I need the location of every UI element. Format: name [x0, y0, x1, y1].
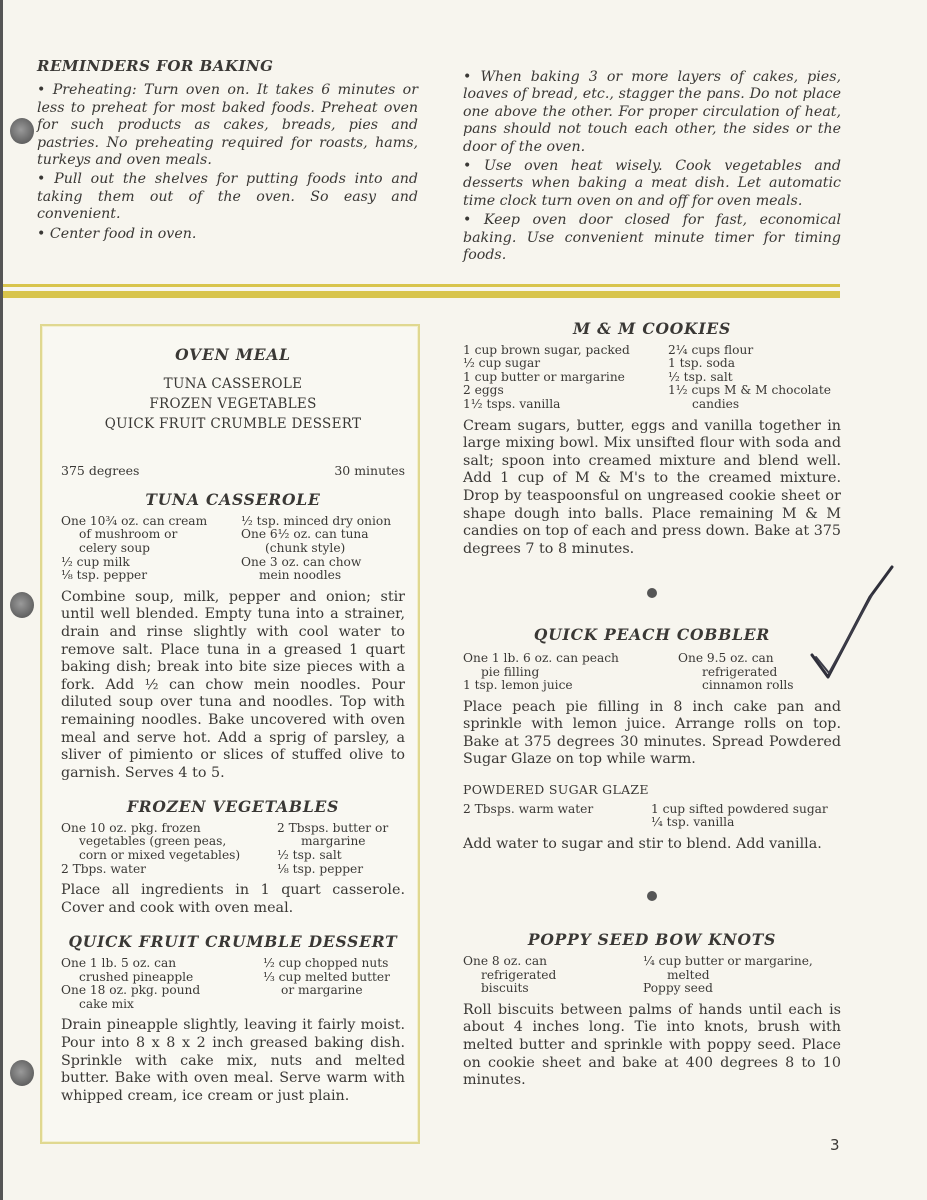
- menu-item: QUICK FRUIT CRUMBLE DESSERT: [61, 414, 405, 434]
- ingredient: Poppy seed: [643, 982, 841, 996]
- ingredient: 2 Tbsps. warm water: [463, 803, 651, 817]
- ingredient: margarine: [277, 835, 405, 849]
- recipe-title: M & M COOKIES: [463, 320, 841, 338]
- ingredient: ¼ cup butter or margarine,: [643, 955, 841, 969]
- divider-rule: [3, 284, 840, 287]
- reminders-right: • When baking 3 or more layers of cakes,…: [463, 69, 841, 266]
- reminders-left: REMINDERS FOR BAKING • Preheating: Turn …: [37, 58, 418, 245]
- ingredients: One 8 oz. can refrigerated biscuits ¼ cu…: [463, 955, 841, 996]
- recipe-title: QUICK FRUIT CRUMBLE DESSERT: [61, 933, 405, 951]
- recipe-title: FROZEN VEGETABLES: [61, 798, 405, 816]
- ingredient: or margarine: [263, 984, 405, 998]
- recipe-title: POPPY SEED BOW KNOTS: [463, 931, 841, 949]
- ingredient: crushed pineapple: [61, 971, 251, 985]
- directions: Cream sugars, butter, eggs and vanilla t…: [463, 418, 841, 559]
- ingredient: 2¼ cups flour: [668, 344, 841, 358]
- reminder-item: • Center food in oven.: [37, 226, 418, 243]
- ingredients: One 1 lb. 6 oz. can peach pie filling 1 …: [463, 652, 841, 693]
- ingredient: 1½ tsps. vanilla: [463, 398, 668, 412]
- oven-meal-title: OVEN MEAL: [61, 346, 405, 364]
- ingredient: 2 Tbsps. butter or: [277, 822, 405, 836]
- ingredient: cake mix: [61, 998, 251, 1012]
- ingredient: 2 eggs: [463, 384, 668, 398]
- cook-time: 30 minutes: [334, 462, 405, 480]
- ingredient: ½ tsp. salt: [668, 371, 841, 385]
- ingredient: 2 Tbps. water: [61, 863, 261, 877]
- ingredient: 1½ cups M & M chocolate: [668, 384, 841, 398]
- ingredient: of mushroom or: [61, 528, 241, 542]
- ingredient: One 10 oz. pkg. frozen: [61, 822, 261, 836]
- ingredient: ½ tsp. salt: [277, 849, 405, 863]
- glaze-title: POWDERED SUGAR GLAZE: [463, 781, 841, 799]
- reminder-item: • Pull out the shelves for putting foods…: [37, 171, 418, 223]
- separator-dot: [647, 891, 657, 901]
- ingredient: celery soup: [61, 542, 241, 556]
- cooking-settings: 375 degrees 30 minutes: [61, 462, 405, 480]
- ingredient: candies: [668, 398, 841, 412]
- ingredient: One 1 lb. 5 oz. can: [61, 957, 251, 971]
- ingredient: refrigerated: [463, 969, 643, 983]
- reminder-item: • Keep oven door closed for fast, econom…: [463, 212, 841, 264]
- ingredient: One 10¾ oz. can cream: [61, 515, 241, 529]
- ingredient: mein noodles: [241, 569, 405, 583]
- menu-item: FROZEN VEGETABLES: [61, 394, 405, 414]
- directions: Add water to sugar and stir to blend. Ad…: [463, 836, 841, 854]
- directions: Combine soup, milk, pepper and onion; st…: [61, 589, 405, 783]
- ingredient: ⅓ cup melted butter: [263, 971, 405, 985]
- ingredient: One 6½ oz. can tuna: [241, 528, 405, 542]
- ingredient: 1 cup brown sugar, packed: [463, 344, 668, 358]
- menu-item: TUNA CASSEROLE: [61, 374, 405, 394]
- recipe-title: TUNA CASSEROLE: [61, 491, 405, 509]
- ingredient: pie filling: [463, 666, 678, 680]
- ingredient: ½ cup sugar: [463, 357, 668, 371]
- reminder-item: • Use oven heat wisely. Cook vegetables …: [463, 158, 841, 210]
- ingredients: 2 Tbsps. warm water 1 cup sifted powdere…: [463, 803, 841, 830]
- ingredient: ⅛ tsp. pepper: [61, 569, 241, 583]
- ingredients: One 1 lb. 5 oz. can crushed pineapple On…: [61, 957, 405, 1011]
- separator-dot: [647, 588, 657, 598]
- ingredients: One 10¾ oz. can cream of mushroom or cel…: [61, 515, 405, 583]
- ingredient: 1 tsp. lemon juice: [463, 679, 678, 693]
- oven-meal: OVEN MEAL TUNA CASSEROLE FROZEN VEGETABL…: [61, 346, 405, 1105]
- ingredient: corn or mixed vegetables): [61, 849, 261, 863]
- ingredients: One 10 oz. pkg. frozen vegetables (green…: [61, 822, 405, 876]
- ingredient: 1 cup sifted powdered sugar: [651, 803, 841, 817]
- ingredient: One 1 lb. 6 oz. can peach: [463, 652, 678, 666]
- directions: Roll biscuits between palms of hands unt…: [463, 1002, 841, 1090]
- page-edge: [0, 0, 3, 1200]
- directions: Place all ingredients in 1 quart cassero…: [61, 882, 405, 917]
- ingredient: ½ tsp. minced dry onion: [241, 515, 405, 529]
- directions: Drain pineapple slightly, leaving it fai…: [61, 1017, 405, 1105]
- ingredient: ¼ tsp. vanilla: [651, 816, 841, 830]
- ingredient: biscuits: [463, 982, 643, 996]
- ingredient: One 8 oz. can: [463, 955, 643, 969]
- ingredient: vegetables (green peas,: [61, 835, 261, 849]
- ingredient: 1 tsp. soda: [668, 357, 841, 371]
- reminder-item: • When baking 3 or more layers of cakes,…: [463, 69, 841, 156]
- right-recipes: M & M COOKIES 1 cup brown sugar, packed …: [463, 320, 841, 1090]
- binder-hole: [10, 592, 34, 618]
- ingredient: ⅛ tsp. pepper: [277, 863, 405, 877]
- ingredient: 1 cup butter or margarine: [463, 371, 668, 385]
- ingredient: ½ cup chopped nuts: [263, 957, 405, 971]
- handwritten-checkmark-icon: [800, 565, 895, 685]
- ingredient: One 18 oz. pkg. pound: [61, 984, 251, 998]
- ingredient: ½ cup milk: [61, 556, 241, 570]
- page-number: 3: [830, 1136, 840, 1154]
- binder-hole: [10, 1060, 34, 1086]
- ingredient: (chunk style): [241, 542, 405, 556]
- reminder-item: • Preheating: Turn oven on. It takes 6 m…: [37, 82, 418, 169]
- binder-hole: [10, 118, 34, 144]
- recipe-title: QUICK PEACH COBBLER: [463, 626, 841, 644]
- divider-rule: [3, 291, 840, 298]
- ingredients: 1 cup brown sugar, packed ½ cup sugar 1 …: [463, 344, 841, 412]
- directions: Place peach pie filling in 8 inch cake p…: [463, 699, 841, 769]
- temperature: 375 degrees: [61, 462, 139, 480]
- reminders-title: REMINDERS FOR BAKING: [37, 58, 418, 75]
- ingredient: melted: [643, 969, 841, 983]
- ingredient: One 3 oz. can chow: [241, 556, 405, 570]
